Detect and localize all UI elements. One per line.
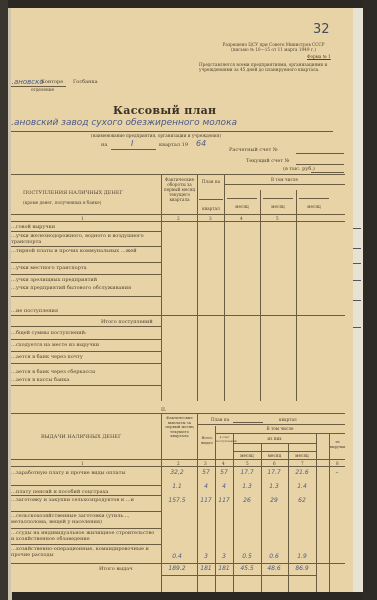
payout-row-housing-label: …ссуды на индивидуальное жилищное строит… — [11, 530, 159, 542]
edge-mark — [353, 263, 361, 264]
row-line — [11, 528, 161, 529]
bank-name: Госбанка — [73, 79, 98, 85]
payout-procurement-total: 117 — [196, 497, 216, 504]
row-line — [11, 246, 161, 247]
payout-other-m3: 1.9 — [292, 553, 312, 560]
units-underline — [311, 172, 344, 173]
payout-other-m2: 0.6 — [264, 553, 284, 560]
payout-pensions-m3: 1.4 — [292, 483, 312, 490]
section1-incl-label: В том числе — [224, 177, 345, 182]
section2-month-3: месяц — [288, 453, 316, 458]
section2-header-bottom — [11, 459, 345, 460]
from-total-heading: …бщей суммы поступлений: — [11, 330, 87, 336]
s2-colnum-3: 3 — [204, 461, 207, 466]
s2-colnum-7: 7 — [301, 461, 304, 466]
payout-pensions-total: 4 — [196, 483, 216, 490]
row-line — [11, 511, 161, 512]
colnum-4: 4 — [240, 216, 243, 221]
payout-other-actual: 0.4 — [167, 553, 187, 560]
binding-spine — [0, 0, 8, 600]
payout-other-col4: 3 — [214, 553, 234, 560]
row-line — [11, 274, 161, 275]
payout-row-wages-label: …заработную плату и прочие виды оплаты — [11, 470, 125, 476]
bank-branch-handwritten: …ановско — [11, 78, 44, 86]
s2-colnum-6: 6 — [273, 461, 276, 466]
document-title: Кассовый план — [113, 104, 216, 117]
section1-month-3: месяц — [296, 204, 332, 209]
payout-procurement-m3: 62 — [292, 497, 312, 504]
quarter-value: I — [131, 139, 133, 148]
section2-col2-header: Фактические выплаты за первый месяц теку… — [163, 416, 196, 439]
document-page: 32 Разрешено ЦСУ при Совете Министров СС… — [11, 8, 353, 592]
section1-col3-bottom: квартал — [198, 206, 224, 211]
colnum-2: 2 — [177, 216, 180, 221]
income-total-label: Итого поступлений — [101, 319, 153, 325]
payout-row-scrap-label: …сельскохозяйственные заготовки (утиль…,… — [11, 513, 159, 525]
section2-total-top — [11, 563, 345, 564]
payout-procurement-m2: 29 — [264, 497, 284, 504]
payout-total-total: 181 — [196, 565, 216, 572]
payout-total-label: Итого выдач — [99, 566, 133, 572]
row-line — [11, 296, 161, 297]
s2-colnum-1: 1 — [81, 461, 84, 466]
payout-total-m2: 48.6 — [264, 565, 284, 572]
s2-colnum-4: 4 — [222, 461, 225, 466]
row-line — [11, 495, 161, 496]
section1-col1-title: ПОСТУПЛЕНИЯ НАЛИЧНЫХ ДЕНЕГ — [23, 190, 123, 196]
period-suffix: квартал 19 — [159, 142, 188, 148]
plan-quarter-blank — [233, 422, 263, 423]
payout-row-other-label: …хозяйственно-операционные, командировоч… — [11, 546, 159, 558]
section2-col-divider — [316, 434, 317, 592]
income-row-entertainment: …учки зрелищных предприятий — [11, 277, 97, 283]
quarter-underline — [111, 149, 156, 150]
edge-mark — [353, 248, 361, 249]
section1-col3-top: План на — [198, 179, 224, 184]
section2-fromthem-line — [233, 443, 316, 444]
section1-col3-blank — [199, 199, 223, 200]
period-prefix: на — [101, 142, 107, 148]
section2-plan-label: План на — [211, 417, 229, 422]
income-row-trade: …говой выручки — [11, 224, 55, 230]
units-label: (в тыс. руб.) — [283, 166, 315, 172]
income-row-transport: …учки железнодорожного, водного и воздуш… — [11, 233, 159, 245]
page-number: 32 — [313, 22, 330, 37]
section1-incl-line — [224, 184, 345, 185]
section2-col1-title: ВЫДАЧИ НАЛИЧНЫХ ДЕНЕГ — [41, 434, 121, 440]
income-row-services: …учки предприятий бытового обслуживания — [11, 285, 131, 291]
payout-wages-m1: 17.7 — [237, 469, 257, 476]
organization-underline — [11, 131, 333, 132]
settlement-account-label: Расчетный счет № — [229, 147, 278, 153]
bank-branch-label: Конторе — [41, 79, 63, 85]
section2-from-them: из них — [233, 436, 316, 441]
row-line — [11, 385, 161, 386]
section2-col8-header: из выручки — [330, 440, 345, 450]
section2-plan-suffix: квартал — [279, 417, 297, 422]
organization-handwritten: …ановский завод сухого обезжиренного мол… — [11, 118, 237, 128]
payout-pensions-m1: 1.3 — [237, 483, 257, 490]
background-right — [363, 0, 377, 600]
current-account-field — [296, 164, 344, 165]
section2-col-divider — [329, 434, 330, 592]
from-total-via-savings: …ается в банк через сберкассы — [11, 369, 95, 375]
payout-wages-m3: 21.6 — [292, 469, 312, 476]
row-line — [11, 485, 161, 486]
row-line — [11, 262, 161, 263]
section1-total-top — [11, 315, 345, 316]
payout-pensions-col4: 4 — [214, 483, 234, 490]
current-account-label: Текущий счет № — [246, 158, 289, 164]
payout-other-m1: 0.5 — [237, 553, 257, 560]
section2-total-bottom — [161, 575, 316, 576]
section1-month-2: месяц — [260, 204, 296, 209]
payout-wages-m2: 17.7 — [264, 469, 284, 476]
section2-month-blank-line — [233, 451, 316, 452]
s2-colnum-2: 2 — [177, 461, 180, 466]
section2-month-1: месяц — [233, 453, 261, 458]
submission-note: Представляется всеми предприятиями, орга… — [199, 62, 347, 72]
section2-col4-header: в счет поступлений — [216, 436, 233, 443]
payout-procurement-actual: 157.5 — [167, 497, 187, 504]
payout-wages-actual: 32,2 — [167, 469, 187, 476]
section2-colnum-bottom — [11, 466, 345, 467]
edge-mark — [353, 300, 361, 301]
section1-top-border — [11, 174, 345, 175]
payout-total-col4: 181 — [214, 565, 234, 572]
payout-wages-total: 57 — [196, 469, 216, 476]
payout-wages-col4: 57 — [214, 469, 234, 476]
row-line — [11, 544, 161, 545]
section1-col1-sub: (кроме денег, полученных в банке) — [23, 200, 101, 205]
row-line — [11, 339, 161, 340]
income-row-other: …ие поступления — [11, 308, 58, 314]
edge-mark — [353, 280, 361, 281]
row-line — [11, 363, 161, 364]
s2-colnum-5: 5 — [246, 461, 249, 466]
edge-mark — [353, 327, 361, 328]
section2-incl-label: В том числе — [215, 426, 345, 431]
colnum-1: 1 — [81, 216, 84, 221]
month-blank — [299, 198, 329, 199]
year-handwritten: 64 — [196, 139, 206, 148]
section2-incl-line — [215, 433, 345, 434]
row-line — [11, 231, 161, 232]
from-total-via-post: …ается в банк через почту — [11, 354, 83, 360]
payout-total-m1: 45.5 — [237, 565, 257, 572]
s2-colnum-8: 8 — [336, 461, 339, 466]
section2-plan-line — [197, 424, 345, 425]
month-blank — [227, 198, 257, 199]
income-row-rent: …тирной платы и прочих коммунальных …жей — [11, 248, 159, 254]
section2-col-divider — [161, 413, 162, 592]
income-row-local-transport: …учки местного транспорта — [11, 265, 87, 271]
payout-other-total: 3 — [196, 553, 216, 560]
edge-mark — [353, 228, 361, 229]
bank-branch-caption: отделение — [31, 87, 54, 92]
row-line — [11, 351, 161, 352]
section1-col-divider — [161, 174, 162, 401]
section1-header-bottom — [11, 214, 345, 215]
settlement-account-field — [296, 153, 344, 154]
payout-pensions-m2: 1.3 — [264, 483, 284, 490]
section1-month-1: месяц — [224, 204, 260, 209]
month-blank — [263, 198, 293, 199]
payout-wages-col8: – — [327, 469, 347, 476]
payout-procurement-m1: 26 — [237, 497, 257, 504]
section1-colnum-bottom — [11, 221, 345, 222]
permission-line2: (письмо № 10—15 от 11 марта 1949 г.) — [196, 47, 351, 52]
form-label: Форма № 1 — [307, 54, 331, 59]
payout-row-procurement-label: …заготовку и закупки сельхозпродуктов и … — [11, 497, 159, 503]
section1-col2-header: Фактические обороты за первый месяц теку… — [163, 177, 196, 202]
organization-caption: (наименование предприятия, организации и… — [91, 133, 221, 138]
payout-total-m3: 86.9 — [292, 565, 312, 572]
row-line — [11, 326, 161, 327]
colnum-5: 5 — [276, 216, 279, 221]
from-total-to-bank: …ается в кассы банка — [11, 377, 69, 383]
from-total-spent-onsite: …сходуется на месте из выручки — [11, 342, 99, 348]
section2-top-border — [11, 413, 345, 414]
payout-pensions-actual: 1.1 — [167, 483, 187, 490]
payout-total-actual: 189.2 — [167, 565, 187, 572]
payout-procurement-col4: 117 — [214, 497, 234, 504]
section2-month-2: месяц — [261, 453, 288, 458]
section2-total-col: Всего выдач — [199, 436, 215, 446]
colnum-3: 3 — [209, 216, 212, 221]
